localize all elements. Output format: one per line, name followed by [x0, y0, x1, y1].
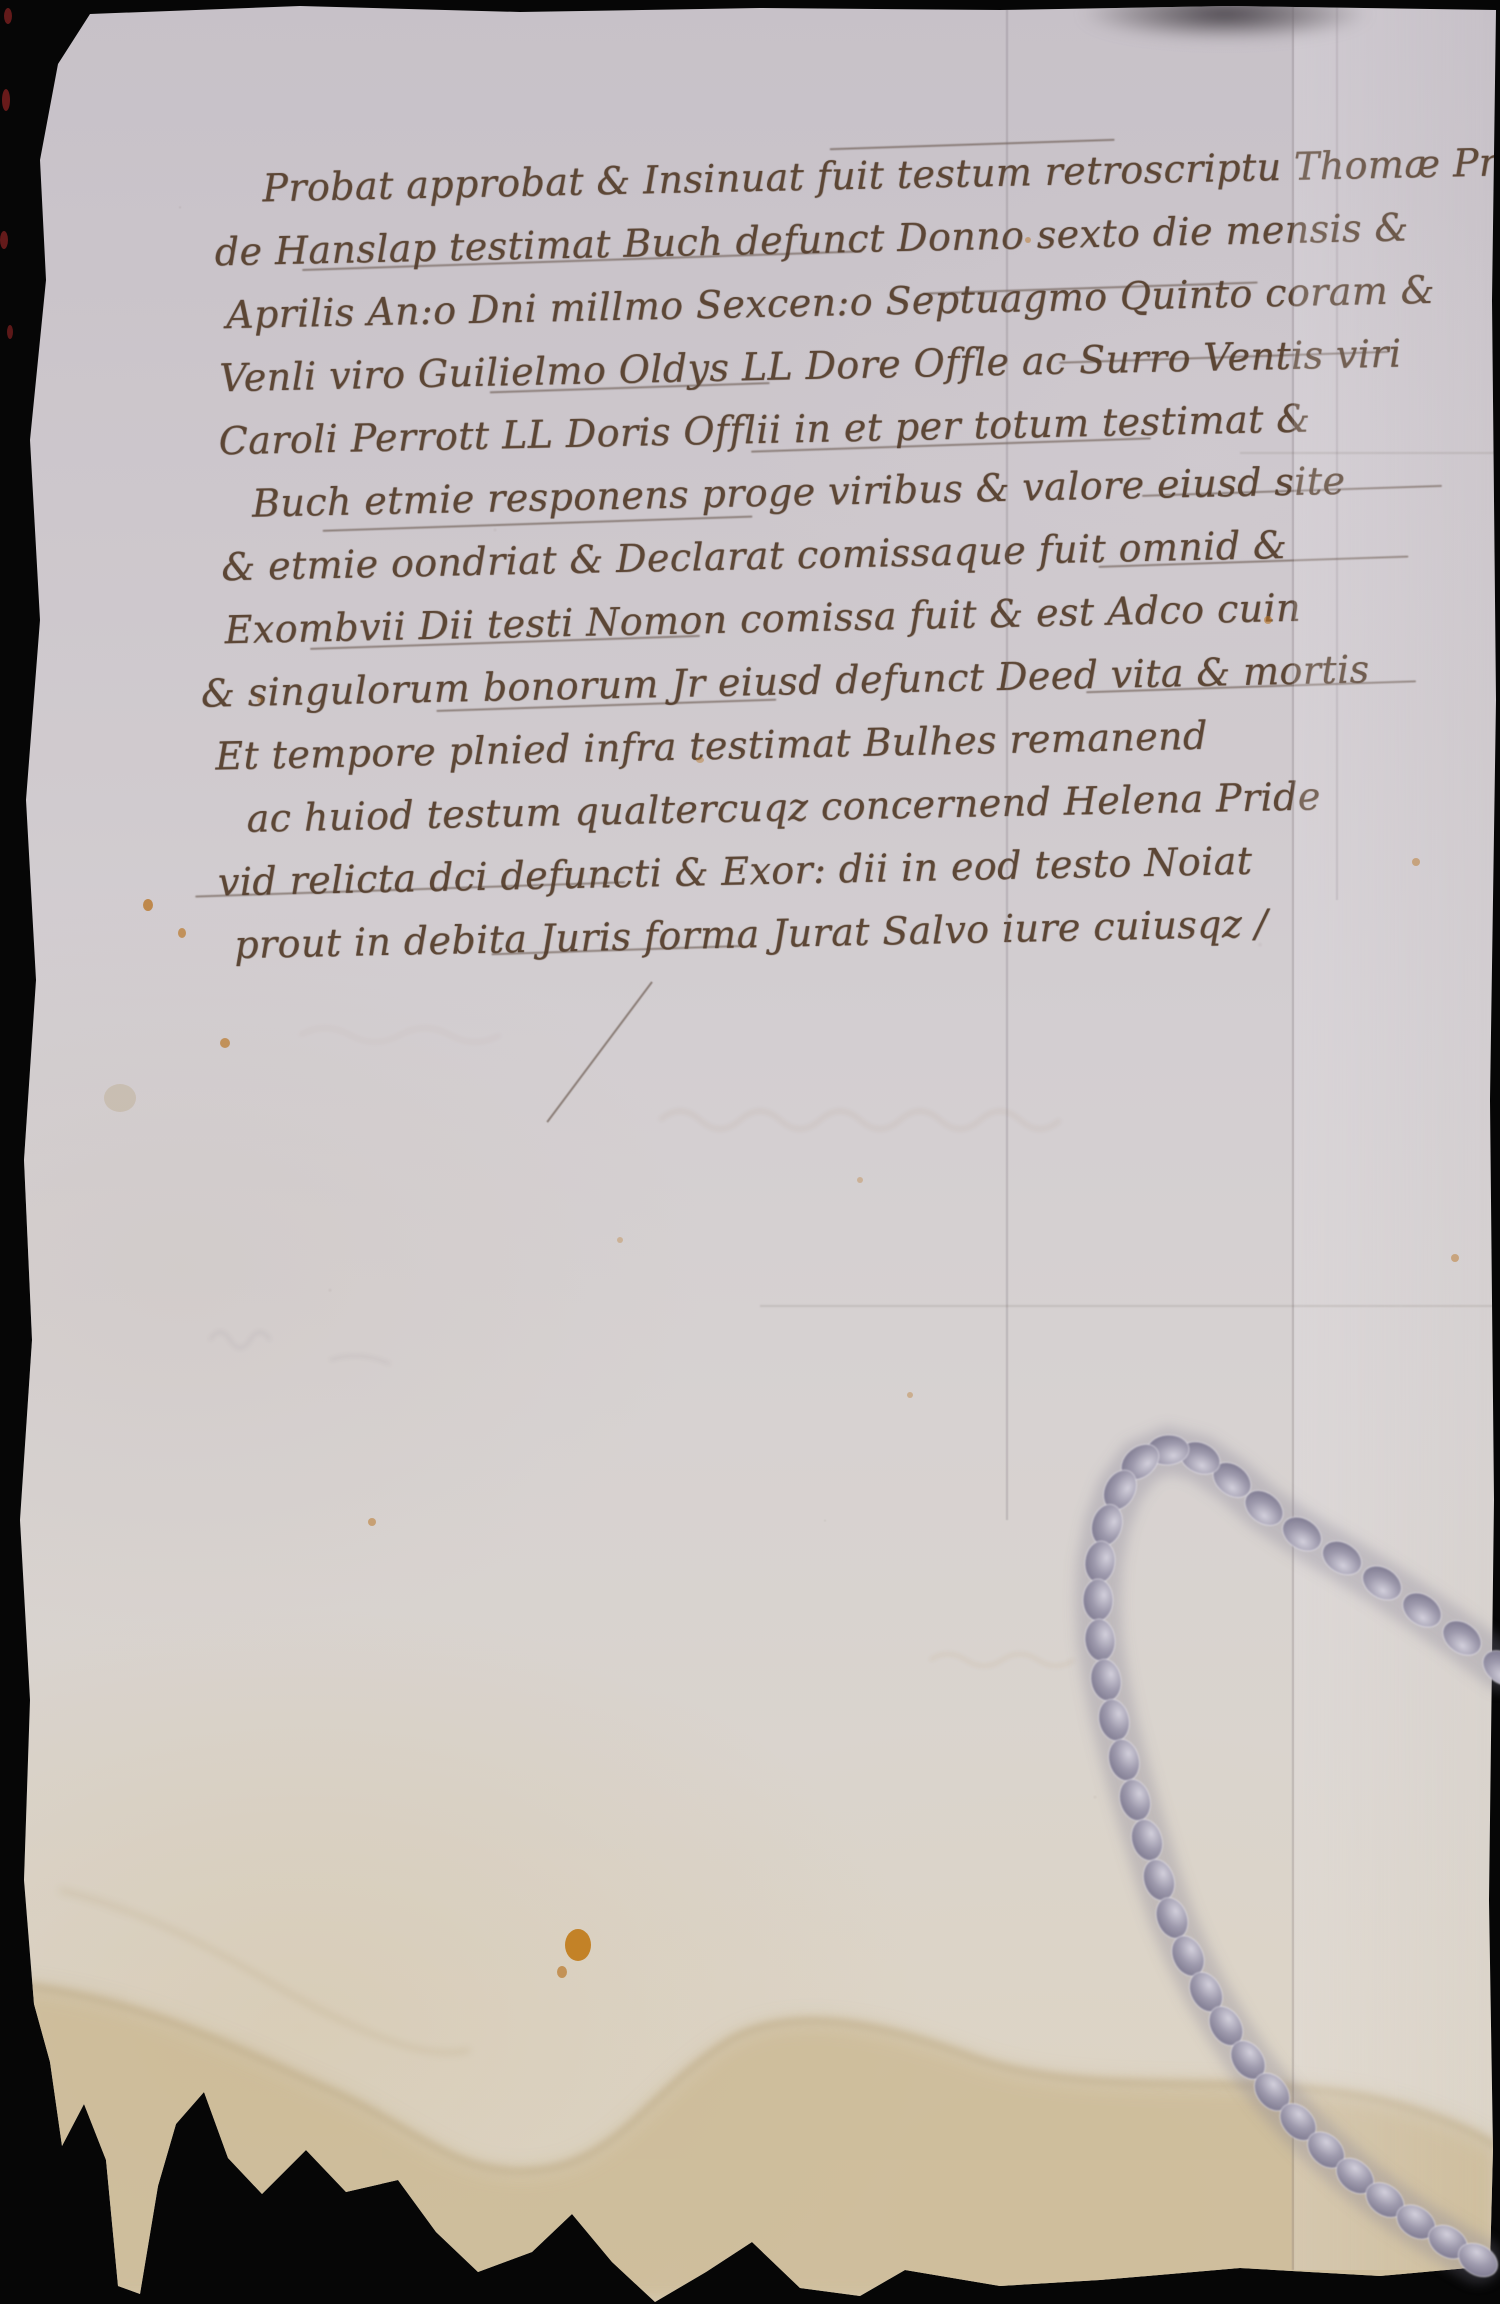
right-fold-highlight — [1294, 0, 1500, 2270]
manuscript-line: Et tempore plnied infra testimat Bulhes … — [215, 714, 1208, 779]
pen-flourish-descender — [546, 981, 652, 1122]
manuscript-line: & singulorum bonorum Jr eiusd defunct De… — [201, 647, 1370, 715]
manuscript-line: Buch etmie responens proge viribus & val… — [252, 459, 1346, 526]
speck — [2, 89, 10, 111]
manuscript-line: prout in debita Juris forma Jurat Salvo … — [234, 901, 1269, 967]
manuscript-line: Exombvii Dii testi Nomon comissa fuit & … — [224, 586, 1301, 653]
horizontal-crease-small — [1240, 452, 1500, 454]
manuscript-text: Probat approbat & Insinuat fuit testum r… — [185, 141, 1485, 168]
speck — [4, 8, 12, 24]
right-fold-crease-2 — [1336, 0, 1338, 900]
speck — [0, 231, 8, 249]
manuscript-line: ac huiod testum qualtercuqz concernend H… — [246, 774, 1321, 840]
speck — [7, 325, 13, 339]
manuscript-line: de Hanslap testimat Buch defunct Donno s… — [214, 205, 1409, 274]
manuscript-line: Venli viro Guilielmo Oldys LL Dore Offle… — [219, 332, 1402, 401]
manuscript-line: & etmie oondriat & Declarat comissaque f… — [221, 523, 1288, 589]
paper-sheet: Probat approbat & Insinuat fuit testum r… — [0, 0, 1500, 2304]
center-crease — [1006, 0, 1008, 1520]
manuscript-line: Aprilis An:o Dni millmo Sexcen:o Septuag… — [226, 268, 1436, 337]
manuscript-line: vid relicta dci defuncti & Exor: dii in … — [218, 839, 1253, 905]
manuscript-line: Caroli Perrott LL Doris Offlii in et per… — [218, 396, 1311, 463]
manuscript-scan-page: Probat approbat & Insinuat fuit testum r… — [0, 0, 1500, 2304]
horizontal-crease — [760, 1305, 1500, 1307]
